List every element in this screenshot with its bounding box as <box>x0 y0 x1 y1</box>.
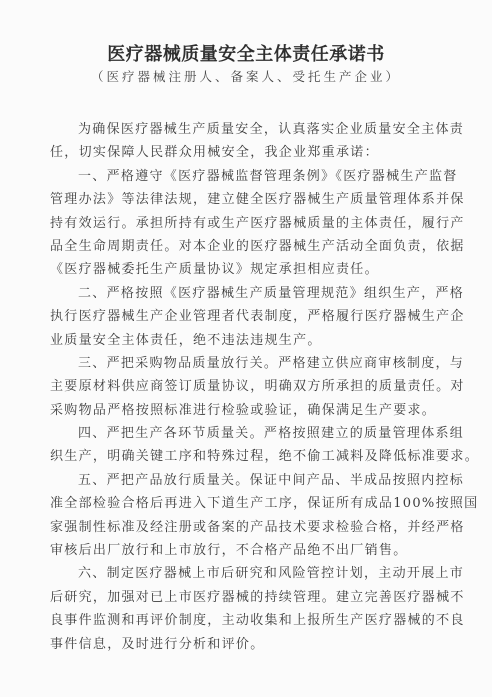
text-line: 品全生命周期责任。对本企业的医疗器械生产活动全面负责，依据 <box>50 235 440 258</box>
text-line: 执行医疗器械生产企业管理者代表制度，严格履行医疗器械生产企 <box>50 305 440 328</box>
text-line: 采购物品严格按照标准进行检验或验证，确保满足生产要求。 <box>50 399 440 422</box>
document-body: 为确保医疗器械生产质量安全，认真落实企业质量安全主体责任，切实保障人民群众用械安… <box>50 118 440 656</box>
text-line: 管理办法》等法律法规，建立健全医疗器械生产质量管理体系并保 <box>50 188 440 211</box>
document-subtitle: （医疗器械注册人、备案人、受托生产企业） <box>0 67 492 85</box>
text-line: 三、严把采购物品质量放行关。严格建立供应商审核制度，与 <box>50 352 440 375</box>
text-line: 良事件监测和再评价制度，主动收集和上报所生产医疗器械的不良 <box>50 609 440 632</box>
text-line: 五、严把产品放行质量关。保证中间产品、半成品按照内控标 <box>50 469 440 492</box>
text-line: 《医疗器械委托生产质量协议》规定承担相应责任。 <box>50 258 440 281</box>
text-line: 二、严格按照《医疗器械生产质量管理规范》组织生产，严格 <box>50 282 440 305</box>
document-title: 医疗器械质量安全主体责任承诺书 <box>0 40 492 66</box>
text-line: 四、严把生产各环节质量关。严格按照建立的质量管理体系组 <box>50 422 440 445</box>
text-line: 审核后出厂放行和上市放行，不合格产品绝不出厂销售。 <box>50 539 440 562</box>
text-line: 任，切实保障人民群众用械安全，我企业郑重承诺： <box>50 141 440 164</box>
text-line: 后研究，加强对已上市医疗器械的持续管理。建立完善医疗器械不 <box>50 586 440 609</box>
text-line: 家强制性标准及经注册或备案的产品技术要求检验合格，并经严格 <box>50 516 440 539</box>
text-line: 六、制定医疗器械上市后研究和风险管控计划，主动开展上市 <box>50 562 440 585</box>
text-line: 主要原材料供应商签订质量协议，明确双方所承担的质量责任。对 <box>50 375 440 398</box>
text-line: 准全部检验合格后再进入下道生产工序，保证所有成品100%按照国 <box>50 492 440 515</box>
text-line: 持有效运行。承担所持有或生产医疗器械质量的主体责任，履行产 <box>50 212 440 235</box>
text-line: 一、严格遵守《医疗器械监督管理条例》《医疗器械生产监督 <box>50 165 440 188</box>
document-page: 医疗器械质量安全主体责任承诺书 （医疗器械注册人、备案人、受托生产企业） 为确保… <box>0 0 492 697</box>
text-line: 事件信息，及时进行分析和评价。 <box>50 633 440 656</box>
text-line: 业质量安全主体责任，绝不违法违规生产。 <box>50 329 440 352</box>
text-line: 织生产，明确关键工序和特殊过程，绝不偷工减料及降低标准要求。 <box>50 445 440 468</box>
text-line: 为确保医疗器械生产质量安全，认真落实企业质量安全主体责 <box>50 118 440 141</box>
